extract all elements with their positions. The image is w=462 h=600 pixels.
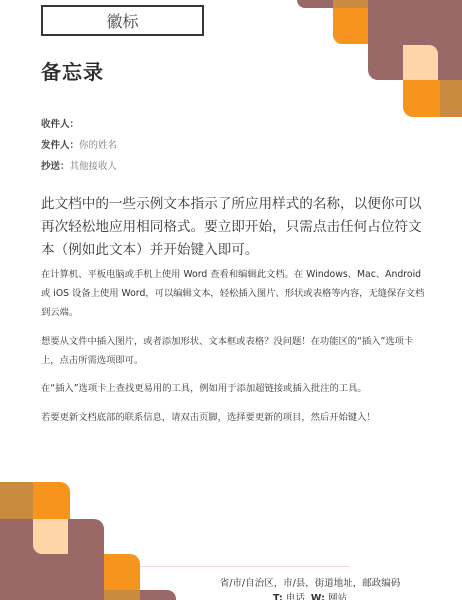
decor-tan-bottom <box>0 482 33 519</box>
body-paragraph-3[interactable]: 在“插入”选项卡上查找更易用的工具，例如用于添加超链接或插入批注的工具。 <box>41 379 426 398</box>
body-paragraph-2[interactable]: 想要从文件中插入图片，或者添加形状、文本框或表格？没问题！在功能区的“插入”选项… <box>41 332 426 370</box>
logo-placeholder[interactable]: 徽标 <box>41 5 204 36</box>
from-value[interactable]: 你的姓名 <box>79 140 117 151</box>
body-paragraph-1[interactable]: 在计算机、平板电脑或手机上使用 Word 查看和编辑此文档。在 Windows、… <box>41 265 426 322</box>
phone-label: T: <box>273 593 283 600</box>
phone-value[interactable]: 电话 <box>286 593 305 600</box>
decor-mauve-bottom-2 <box>140 590 176 600</box>
body-paragraph-4[interactable]: 若要更新文档底部的联系信息，请双击页脚，选择要更新的项目，然后开始键入！ <box>41 408 426 427</box>
to-label: 收件人： <box>41 119 79 130</box>
cc-field[interactable]: 抄送：其他接收人 <box>41 158 117 172</box>
decor-tan-top <box>440 80 462 117</box>
cc-label: 抄送： <box>41 161 70 172</box>
from-field[interactable]: 发件人：你的姓名 <box>41 137 117 151</box>
decor-orange-bottom-1 <box>33 482 70 519</box>
decor-tan-overlap <box>333 0 368 8</box>
footer-contact[interactable]: T: 电话 W: 网站 <box>190 590 430 600</box>
decor-orange-top <box>403 80 440 117</box>
lead-paragraph[interactable]: 此文档中的一些示例文本指示了所应用样式的名称，以便你可以再次轻松地应用相同格式。… <box>41 193 426 262</box>
web-label: W: <box>311 593 325 600</box>
document-title[interactable]: 备忘录 <box>41 56 104 85</box>
footer-address[interactable]: 省/市/自治区，市/县，街道地址，邮政编码 <box>190 575 430 589</box>
decor-tan-bottom-2 <box>104 590 140 600</box>
web-value[interactable]: 网站 <box>328 593 347 600</box>
logo-label: 徽标 <box>106 9 138 32</box>
cc-value[interactable]: 其他接收人 <box>70 161 118 172</box>
from-label: 发件人： <box>41 140 79 151</box>
decor-peach-bottom <box>33 519 68 554</box>
to-field[interactable]: 收件人： <box>41 116 79 130</box>
footer-divider <box>140 566 350 567</box>
decor-peach-top <box>403 45 438 80</box>
